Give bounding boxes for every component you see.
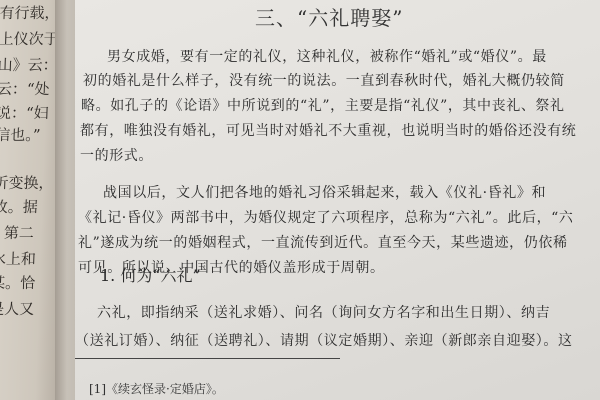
paragraph-line: 礼”遂成为统一的婚姻程式，一直流传到近代。直至今天，某些遗迹，仍依稀 — [78, 232, 568, 252]
left-page-line: 水上和 — [0, 248, 36, 269]
paragraph-line: 六礼，即指纳采（送礼求婚）、问名（询问女方名字和出生日期）、纳吉 — [97, 302, 550, 322]
paragraph-line: 战国以后，文人们把各地的婚礼习俗采辑起来，载入《仪礼·昏礼》和 — [103, 182, 546, 202]
right-page: 三、“六礼聘娶” 男女成婚，要有一定的礼仪，这种礼仪，被称作“婚礼”或“婚仪”。… — [75, 0, 600, 400]
footnote-divider — [75, 358, 340, 359]
left-page-line: 山》云： — [0, 54, 58, 75]
left-page-line: 某。恰 — [0, 272, 36, 293]
paragraph-line: 《礼记·昏仪》两部书中，为婚仪规定了六项程序，总称为“六礼”。此后，“六 — [78, 207, 574, 227]
left-page-line: 故。据 — [0, 196, 38, 217]
left-page-line: 云：“处 — [0, 78, 50, 99]
footnote: [1]《续玄怪录·定婚店》。 — [89, 380, 224, 397]
left-page-line: 信也。” — [0, 124, 41, 145]
paragraph-line: 略。如孔子的《论语》中所说到的“礼”，主要是指“礼仪”，其中丧礼、祭礼 — [81, 95, 565, 115]
left-page-line: 听变换， — [0, 172, 54, 193]
paragraph-line: 都有，唯独没有婚礼，可见当时对婚礼不大重视，也说明当时的婚俗还没有统 — [80, 120, 576, 140]
paragraph-line: 初的婚礼是什么样子，没有统一的说法。一直到春秋时代，婚礼大概仍较简 — [83, 70, 565, 90]
left-page-line: 第二 — [4, 222, 35, 243]
paragraph-line: 一的形式。 — [80, 145, 153, 165]
left-page-line: 有行载， — [0, 2, 60, 23]
paragraph-line: 男女成婚，要有一定的礼仪，这种礼仪，被称作“婚礼”或“婚仪”。最 — [107, 46, 547, 66]
subsection-title: 1. 何为“六礼” — [100, 263, 201, 286]
left-page-line: 上仪次于 — [0, 28, 59, 49]
paragraph-line: （送礼订婚）、纳征（送聘礼）、请期（议定婚期）、亲迎（新郎亲自迎娶）。这 — [75, 330, 573, 350]
section-title: 三、“六礼聘娶” — [255, 2, 403, 31]
left-page-line: 说：“妇 — [0, 102, 49, 123]
left-page-line: 是人又 — [0, 298, 35, 319]
